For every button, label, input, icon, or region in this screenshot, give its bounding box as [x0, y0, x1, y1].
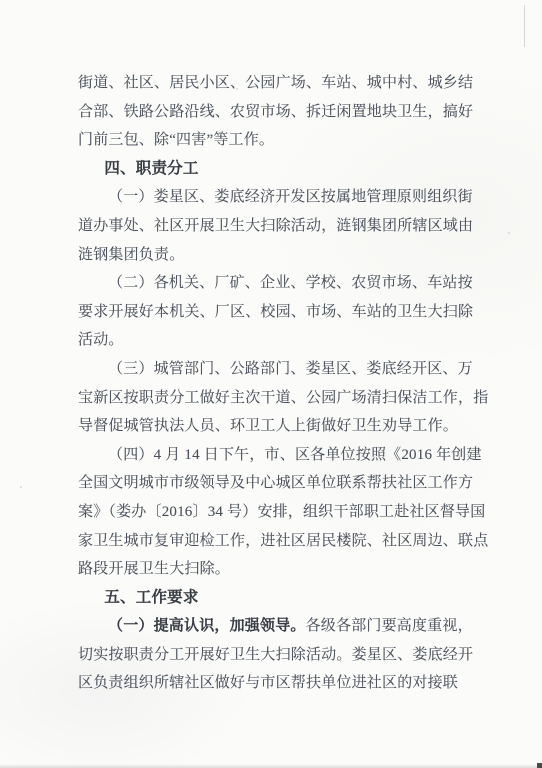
document-page: 街道、社区、居民小区、公园广场、车站、城中村、城乡结 合部、铁路公路沿线、农贸市…: [0, 0, 542, 768]
text-line: 路段开展卫生大扫除。: [78, 555, 482, 584]
text-line: 街道、社区、居民小区、公园广场、车站、城中村、城乡结: [78, 69, 482, 98]
text-line: 区负责组织所辖社区做好与市区帮扶单位进社区的对接联: [78, 669, 482, 698]
text-line: 门前三包、除“四害”等工作。: [78, 126, 482, 155]
text-line: 切实按职责分工开展好卫生大扫除活动。娄星区、娄底经开: [78, 641, 482, 670]
text-line: 家卫生城市复审迎检工作，进社区居民楼院、社区周边、联点: [78, 527, 482, 556]
section-5-heading: 五、工作要求: [78, 584, 482, 613]
scan-corner-speck: [537, 763, 542, 768]
text-line: 涟钢集团负责。: [78, 241, 482, 270]
text-line: （一）提高认识，加强领导。各级各部门要高度重视，: [78, 612, 482, 641]
text-line: 要求开展好本机关、厂区、校园、市场、车站的卫生大扫除: [78, 298, 482, 327]
scan-dust-speck: [508, 232, 510, 234]
scan-dust-speck: [236, 88, 238, 90]
text-line: 案》（娄办〔2016〕34 号）安排，组织干部职工赴社区督导国: [78, 498, 482, 527]
text-line: 导督促城管执法人员、环卫工人上街做好卫生劝导工作。: [78, 412, 482, 441]
document-text-block: 街道、社区、居民小区、公园广场、车站、城中村、城乡结 合部、铁路公路沿线、农贸市…: [78, 69, 482, 698]
text-line: 合部、铁路公路沿线、农贸市场、拆迁闲置地块卫生，搞好: [78, 98, 482, 127]
text-run: 各级各部门要高度重视，: [306, 618, 473, 634]
scan-edge-artifact: [524, 5, 525, 47]
text-line: （一）娄星区、娄底经济开发区按属地管理原则组织街: [78, 183, 482, 212]
text-line: （四）4 月 14 日下午，市、区各单位按照《2016 年创建: [78, 441, 482, 470]
emphasis-lead-text: （一）提高认识，加强领导。: [108, 617, 306, 634]
section-4-heading: 四、职责分工: [78, 155, 482, 184]
text-line: 全国文明城市市级领导及中心城区单位联系帮扶社区工作方: [78, 469, 482, 498]
text-line: （三）城管部门、公路部门、娄星区、娄底经开区、万: [78, 355, 482, 384]
text-line: 道办事处、社区开展卫生大扫除活动，涟钢集团所辖区域由: [78, 212, 482, 241]
scan-bottom-shadow: [0, 764, 542, 768]
text-line: （二）各机关、厂矿、企业、学校、农贸市场、车站按: [78, 269, 482, 298]
text-line: 宝新区按职责分工做好主次干道、公园广场清扫保洁工作，指: [78, 384, 482, 413]
text-line: 活动。: [78, 326, 482, 355]
scan-dust-speck: [20, 486, 22, 488]
